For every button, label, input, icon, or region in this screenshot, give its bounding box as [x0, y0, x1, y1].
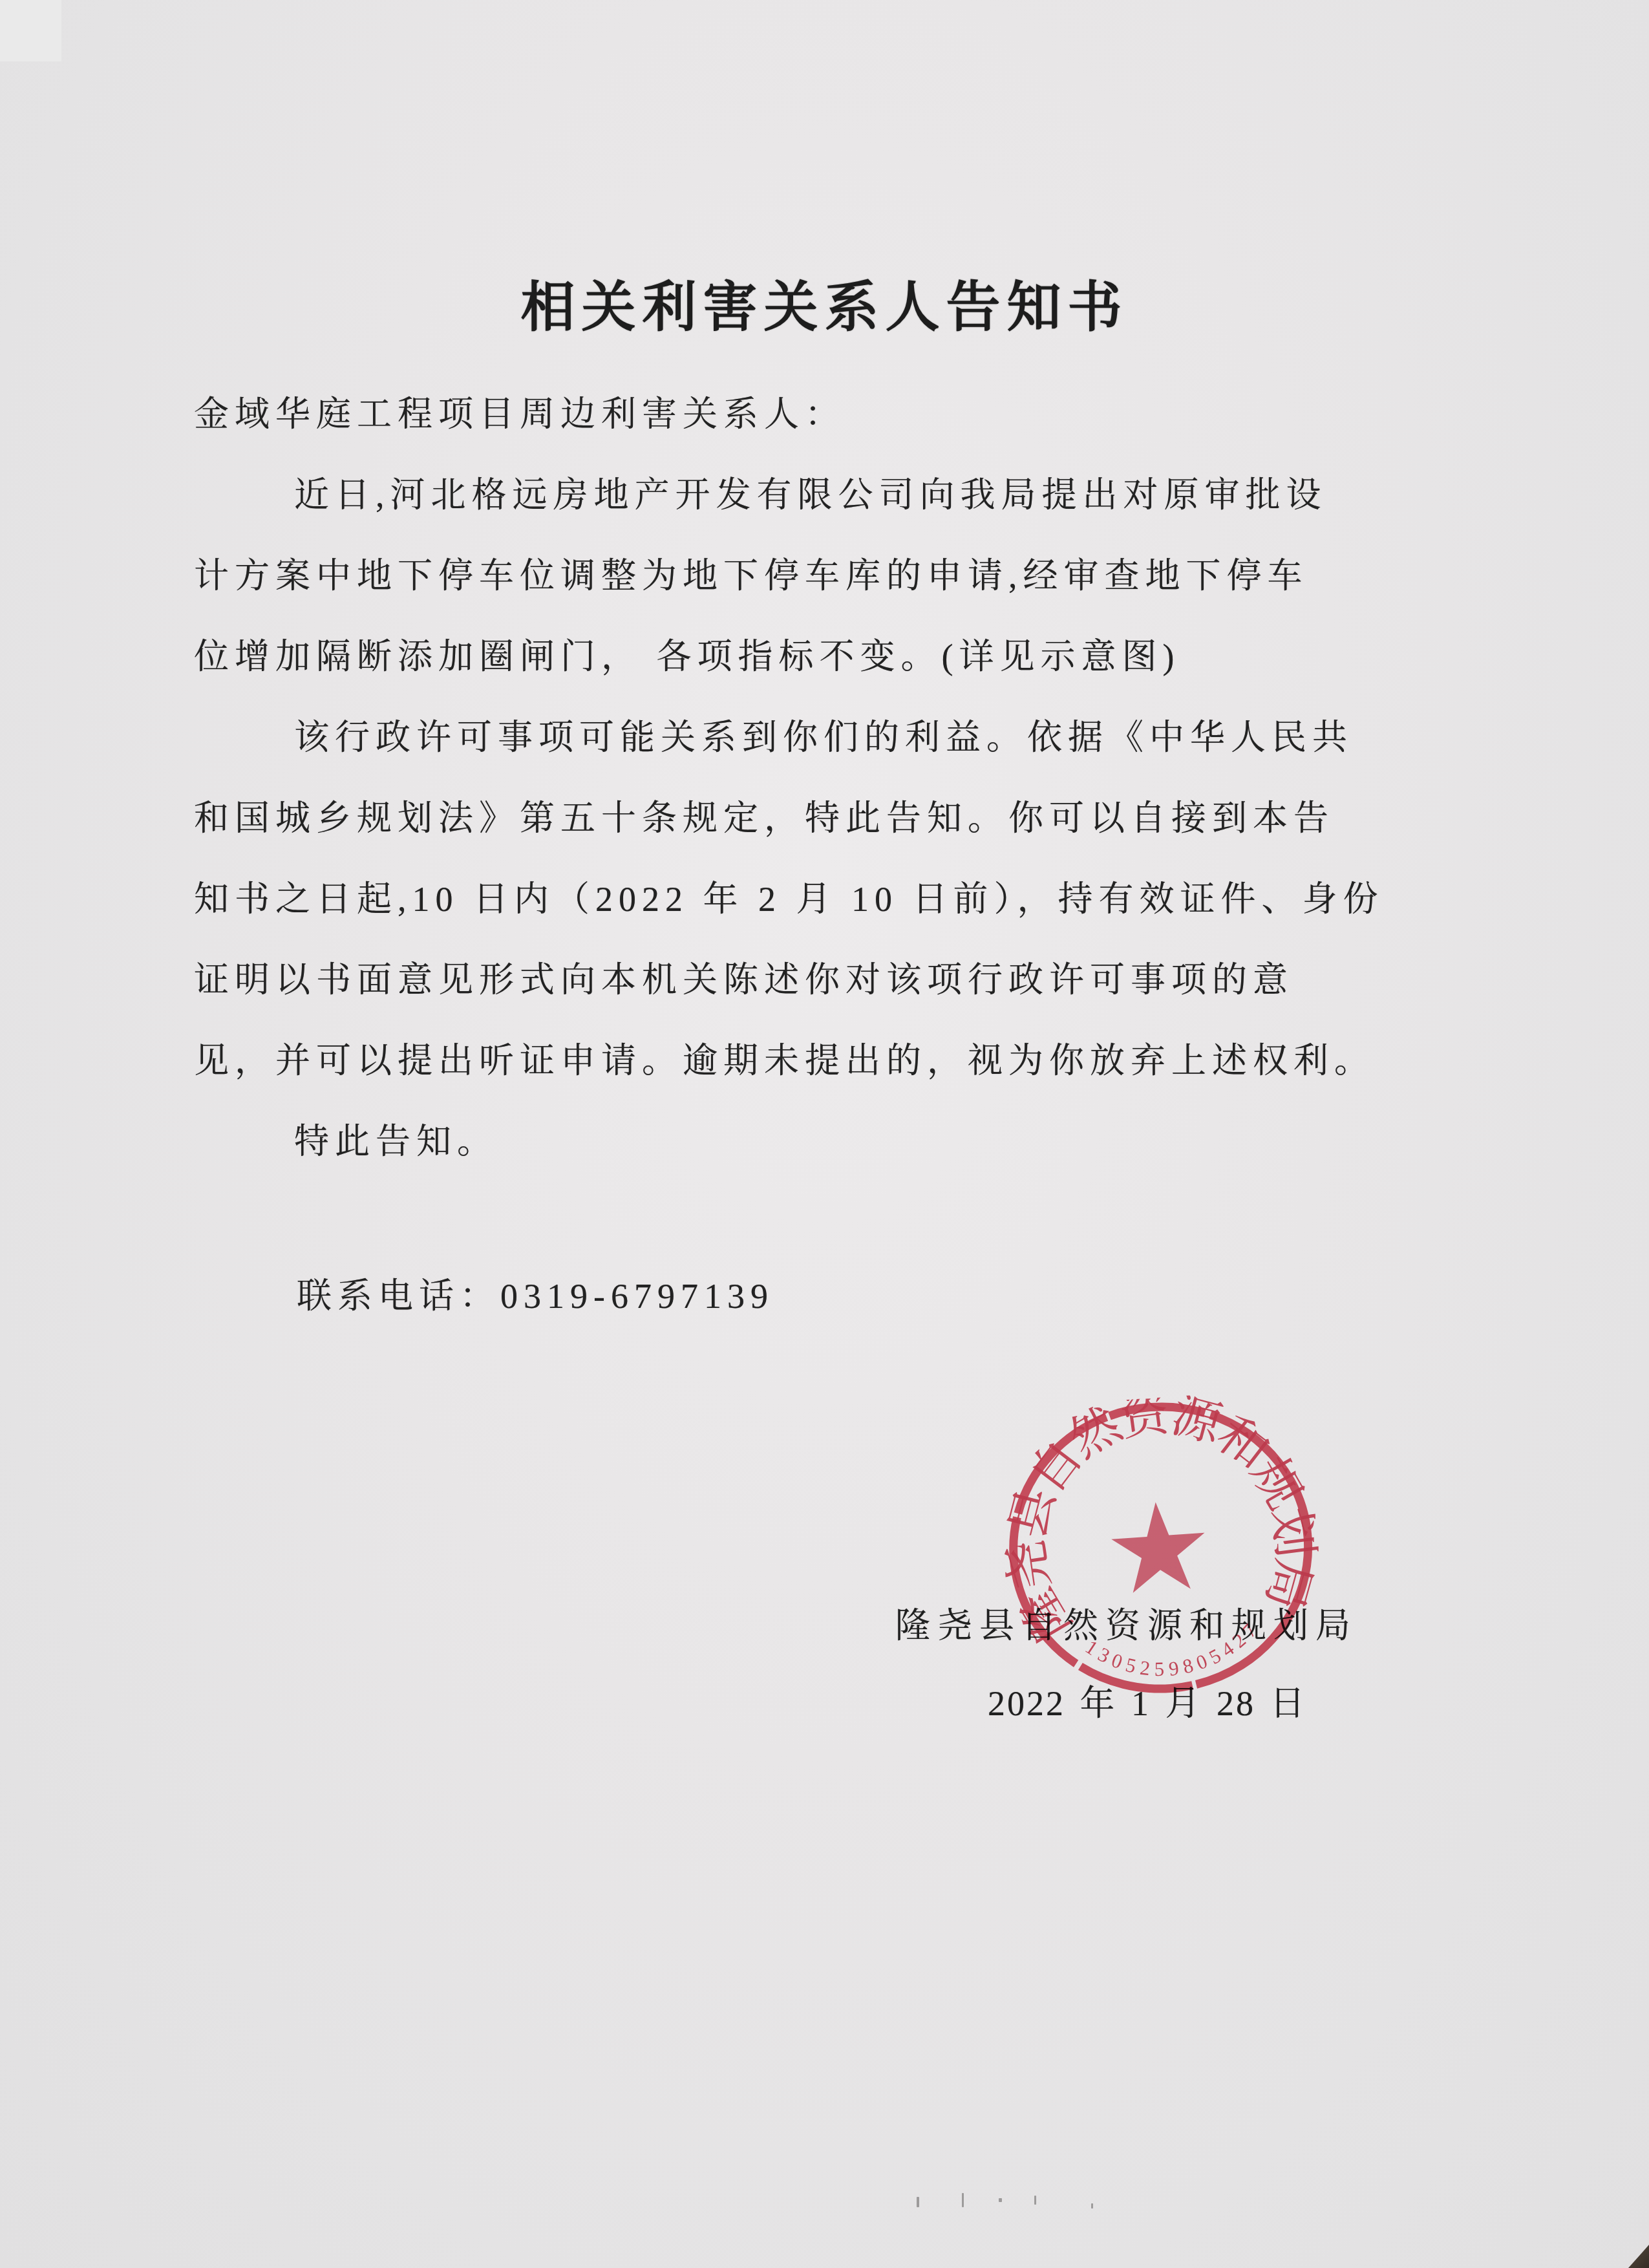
- scanned-notice-page: 相关利害关系人告知书 金域华庭工程项目周边利害关系人： 近日,河北格远房地产开发…: [0, 0, 1649, 2268]
- page-title: 相关利害关系人告知书: [0, 264, 1649, 342]
- page-corner-fold: [1628, 2245, 1649, 2268]
- body-line: 证明以书面意见形式向本机关陈述你对该项行政许可事项的意: [194, 952, 1480, 1033]
- body-line: 和国城乡规划法》第五十条规定，特此告知。你可以自接到本告: [194, 791, 1480, 872]
- official-seal-stamp: 隆尧县自然资源和规划局 1305259805427: [992, 1387, 1330, 1715]
- body-line: 位增加隔断添加圈闸门， 各项指标不变。(详见示意图): [194, 629, 1480, 710]
- scan-speck: [917, 2197, 919, 2207]
- body-line: 见，并可以提出听证申请。逾期未提出的，视为你放弃上述权利。: [194, 1033, 1480, 1114]
- stamp-star-icon: [1109, 1499, 1209, 1594]
- scan-speck: [962, 2193, 964, 2207]
- notice-body: 金域华庭工程项目周边利害关系人： 近日,河北格远房地产开发有限公司向我局提出对原…: [194, 387, 1480, 1195]
- scan-light-patch: [0, 0, 61, 61]
- body-line: 计方案中地下停车位调整为地下停车库的申请,经审查地下停车: [194, 548, 1480, 629]
- salutation-line: 金域华庭工程项目周边利害关系人：: [194, 387, 1480, 467]
- body-line: 近日,河北格远房地产开发有限公司向我局提出对原审批设: [194, 467, 1480, 548]
- body-line: 该行政许可事项可能关系到你们的利益。依据《中华人民共: [194, 710, 1480, 791]
- scan-speck: [999, 2198, 1002, 2202]
- contact-phone-line: 联系电话：0319-6797139: [297, 1268, 774, 1318]
- scan-speck: [1091, 2203, 1093, 2209]
- closing-line: 特此告知。: [194, 1114, 1480, 1195]
- body-line: 知书之日起,10 日内（2022 年 2 月 10 日前），持有效证件、身份: [194, 872, 1480, 952]
- scan-speck: [1034, 2196, 1036, 2205]
